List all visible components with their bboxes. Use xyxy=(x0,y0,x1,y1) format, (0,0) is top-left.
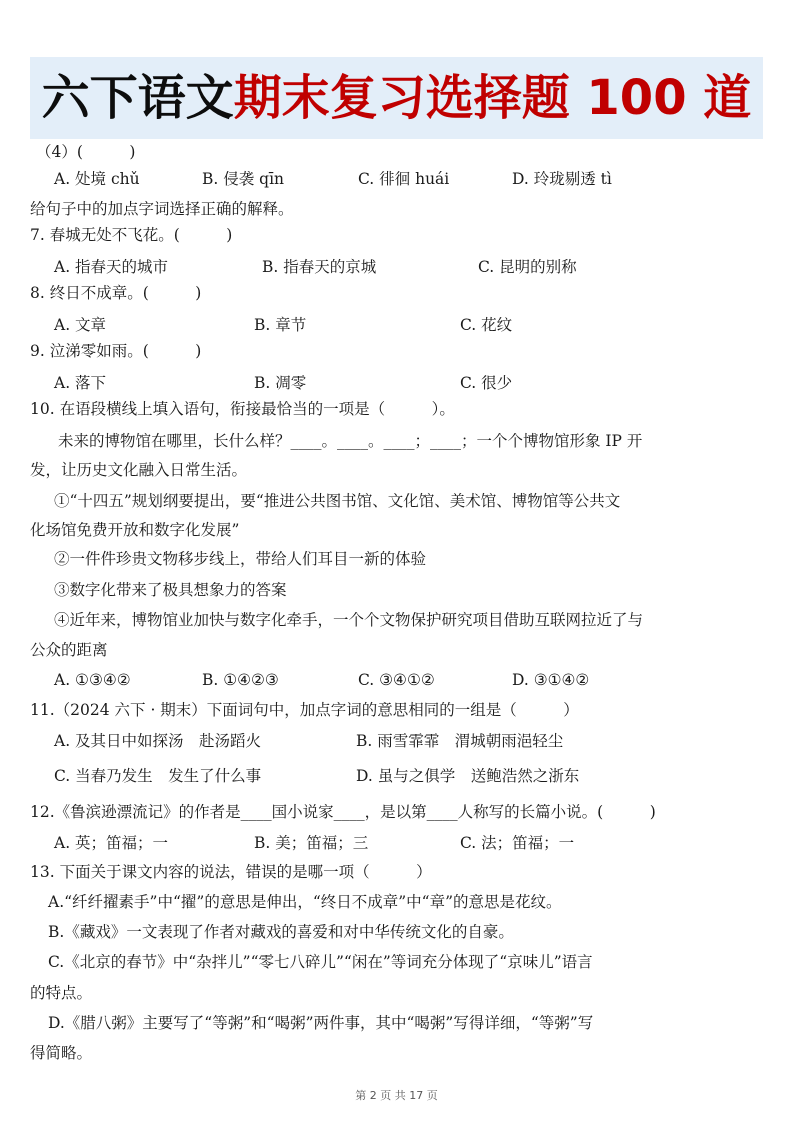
section-instruction: 给句子中的加点字词选择正确的解释。 xyxy=(30,199,294,219)
q10-item2: ②一件件珍贵文物移步线上，带给人们耳目一新的体验 xyxy=(54,549,426,569)
title-banner: 六下语文期末复习选择题 100 道 xyxy=(30,57,763,139)
question-12-stem: 12.《鲁滨逊漂流记》的作者是____国小说家____，是以第____人称写的长… xyxy=(30,802,656,822)
q9-option-b: B. 凋零 xyxy=(254,373,306,393)
q13-option-d-line2: 得简略。 xyxy=(30,1043,92,1063)
question-13-stem: 13. 下面关于课文内容的说法，错误的是哪一项（ ） xyxy=(30,862,432,882)
question-8-stem: 8. 终日不成章。( ) xyxy=(30,283,201,303)
q10-option-d: D. ③①④② xyxy=(512,670,589,690)
option-d: D. 玲珑剔透 tì xyxy=(512,169,612,189)
option-a: A. 处境 chǔ xyxy=(54,169,140,189)
q8-option-a: A. 文章 xyxy=(54,315,106,335)
page-footer: 第 2 页 共 17 页 xyxy=(0,1087,793,1103)
q13-option-b: B.《藏戏》一文表现了作者对藏戏的喜爱和对中华传统文化的自豪。 xyxy=(48,922,514,942)
title-black-part: 六下语文 xyxy=(42,70,234,126)
title-red-part: 期末复习选择题 100 道 xyxy=(234,70,752,126)
q10-item4-line1: ④近年来，博物馆业加快与数字化牵手，一个个文物保护研究项目借助互联网拉近了与 xyxy=(54,610,643,630)
q12-option-b: B. 美；笛福；三 xyxy=(254,833,368,853)
question-11-stem: 11.（2024 六下 · 期末）下面词句中，加点字词的意思相同的一组是（ ） xyxy=(30,700,579,720)
q13-option-c-line1: C.《北京的春节》中“杂拌儿”“零七八碎儿”“闲在”等词充分体现了“京味儿”语言 xyxy=(48,952,593,972)
q10-item1-line2: 化场馆免费开放和数字化发展” xyxy=(30,520,239,540)
q10-option-a: A. ①③④② xyxy=(54,670,131,690)
q10-item4-line2: 公众的距离 xyxy=(30,640,108,660)
q10-option-b: B. ①④②③ xyxy=(202,670,279,690)
q7-option-b: B. 指春天的京城 xyxy=(262,257,376,277)
q11-option-b: B. 雨雪霏霏 渭城朝雨浥轻尘 xyxy=(356,731,563,751)
q9-option-c: C. 很少 xyxy=(460,373,512,393)
q8-option-b: B. 章节 xyxy=(254,315,306,335)
q11-option-c: C. 当春乃发生 发生了什么事 xyxy=(54,766,261,786)
q12-option-a: A. 英；笛福；一 xyxy=(54,833,168,853)
q13-option-c-line2: 的特点。 xyxy=(30,983,92,1003)
option-b: B. 侵袭 qīn xyxy=(202,169,284,189)
q11-option-d: D. 虽与之俱学 送鲍浩然之浙东 xyxy=(356,766,579,786)
q10-option-c: C. ③④①② xyxy=(358,670,435,690)
question-9-stem: 9. 泣涕零如雨。( ) xyxy=(30,341,201,361)
q10-passage-line2: 发，让历史文化融入日常生活。 xyxy=(30,460,247,480)
q13-option-d-line1: D.《腊八粥》主要写了“等粥”和“喝粥”两件事，其中“喝粥”写得详细，“等粥”写 xyxy=(48,1013,593,1033)
q13-option-a: A.“纤纤擢素手”中“擢”的意思是伸出，“终日不成章”中“章”的意思是花纹。 xyxy=(48,892,562,912)
q10-item3: ③数字化带来了极具想象力的答案 xyxy=(54,580,287,600)
q10-item1-line1: ①“十四五”规划纲要提出，要“推进公共图书馆、文化馆、美术馆、博物馆等公共文 xyxy=(54,491,620,511)
q12-option-c: C. 法；笛福；一 xyxy=(460,833,574,853)
q7-option-c: C. 昆明的别称 xyxy=(478,257,577,277)
question-7-stem: 7. 春城无处不飞花。( ) xyxy=(30,225,232,245)
q10-passage-line1: 未来的博物馆在哪里，长什么样？____。____。____；____；一个个博物… xyxy=(58,431,642,451)
sub-question-label: （4）( ) xyxy=(36,142,135,162)
q8-option-c: C. 花纹 xyxy=(460,315,512,335)
page-title: 六下语文期末复习选择题 100 道 xyxy=(42,74,752,122)
q9-option-a: A. 落下 xyxy=(54,373,106,393)
option-c: C. 徘徊 huái xyxy=(358,169,449,189)
q7-option-a: A. 指春天的城市 xyxy=(54,257,168,277)
q11-option-a: A. 及其日中如探汤 赴汤蹈火 xyxy=(54,731,261,751)
question-10-stem: 10. 在语段横线上填入语句，衔接最恰当的一项是（ ）。 xyxy=(30,399,455,419)
